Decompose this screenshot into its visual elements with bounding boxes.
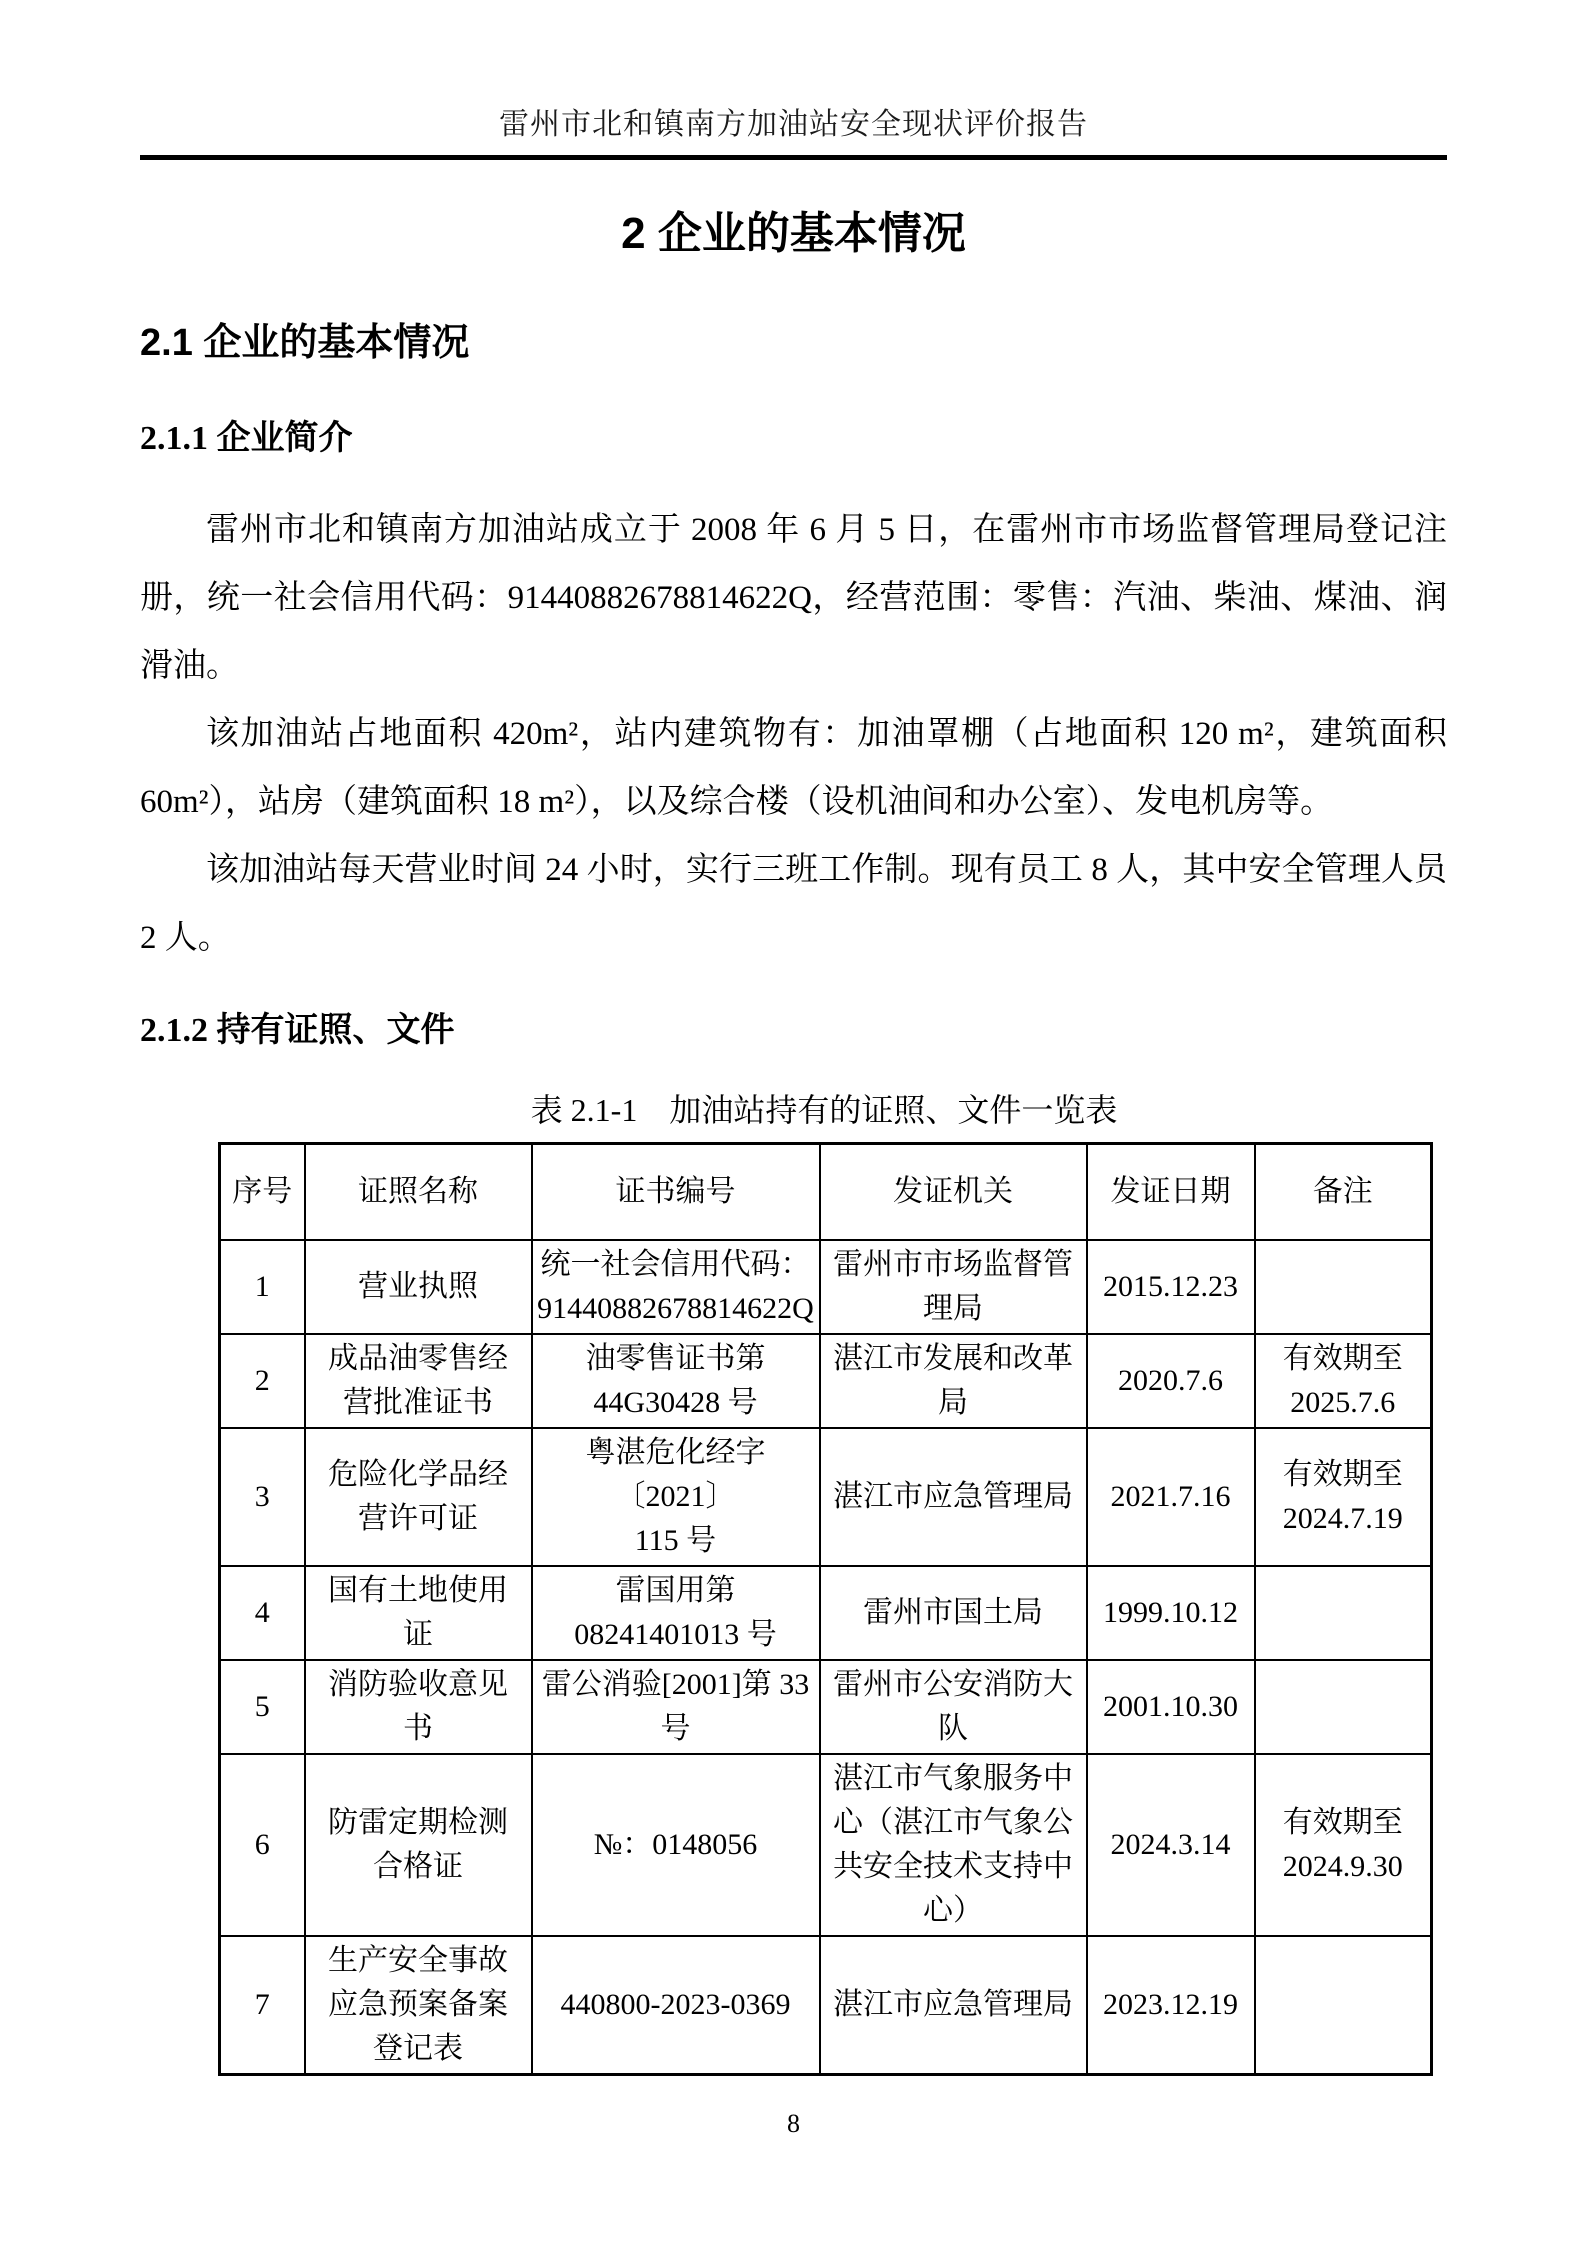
cell-serial: 1 [220,1240,305,1334]
cell-serial: 6 [220,1754,305,1936]
cell-license-name: 消防验收意见 书 [305,1660,532,1754]
cell-cert-number: 油零售证书第 44G30428 号 [532,1334,820,1428]
cell-remark: 有效期至 2024.9.30 [1255,1754,1432,1936]
table-row: 5 消防验收意见 书 雷公消验[2001]第 33 号 雷州市公安消防大 队 2… [220,1660,1432,1754]
cell-license-name: 国有土地使用 证 [305,1566,532,1660]
cell-issuer: 雷州市市场监督管 理局 [820,1240,1087,1334]
cell-license-name: 防雷定期检测 合格证 [305,1754,532,1936]
table-row: 6 防雷定期检测 合格证 №：0148056 湛江市气象服务中 心（湛江市气象公… [220,1754,1432,1936]
cell-cert-number: 雷国用第 08241401013 号 [532,1566,820,1660]
cell-cert-number: 粤湛危化经字〔2021〕 115 号 [532,1428,820,1566]
page-number: 8 [0,2107,1587,2141]
paragraph-site-area: 该加油站占地面积 420m²，站内建筑物有：加油罩棚（占地面积 120 m²，建… [140,700,1447,836]
cell-license-name: 成品油零售经 营批准证书 [305,1334,532,1428]
cell-cert-number: №：0148056 [532,1754,820,1936]
paragraph-company-registration: 雷州市北和镇南方加油站成立于 2008 年 6 月 5 日，在雷州市市场监督管理… [140,496,1447,700]
table-row: 4 国有土地使用 证 雷国用第 08241401013 号 雷州市国土局 199… [220,1566,1432,1660]
cell-issuer: 湛江市气象服务中 心（湛江市气象公 共安全技术支持中 心） [820,1754,1087,1936]
subsection-title-company-intro: 2.1.1 企业简介 [140,416,1447,462]
cell-serial: 2 [220,1334,305,1428]
document-page: 雷州市北和镇南方加油站安全现状评价报告 2 企业的基本情况 2.1 企业的基本情… [0,0,1587,2245]
cell-issuer: 雷州市国土局 [820,1566,1087,1660]
cell-issuer: 湛江市发展和改革局 [820,1334,1087,1428]
header-rule-divider [140,155,1447,160]
table-row: 2 成品油零售经 营批准证书 油零售证书第 44G30428 号 湛江市发展和改… [220,1334,1432,1428]
cell-serial: 5 [220,1660,305,1754]
cell-serial: 4 [220,1566,305,1660]
table-caption: 表 2.1-1 加油站持有的证照、文件一览表 [218,1088,1430,1132]
cell-remark [1255,1566,1432,1660]
table-row: 1 营业执照 统一社会信用代码： 91440882678814622Q 雷州市市… [220,1240,1432,1334]
paragraph-staffing: 该加油站每天营业时间 24 小时，实行三班工作制。现有员工 8 人，其中安全管理… [140,836,1447,972]
cell-license-name: 营业执照 [305,1240,532,1334]
table-header-row: 序号 证照名称 证书编号 发证机关 发证日期 备注 [220,1144,1432,1240]
cell-issuer: 雷州市公安消防大 队 [820,1660,1087,1754]
cell-remark [1255,1660,1432,1754]
cell-issue-date: 2024.3.14 [1087,1754,1255,1936]
cell-issue-date: 2020.7.6 [1087,1334,1255,1428]
cell-issue-date: 2023.12.19 [1087,1936,1255,2075]
cell-issuer: 湛江市应急管理局 [820,1936,1087,2075]
header-cell-issue-date: 发证日期 [1087,1144,1255,1240]
chapter-title: 2 企业的基本情况 [140,206,1447,262]
subsection-title-licenses: 2.1.2 持有证照、文件 [140,1008,1447,1054]
cell-cert-number: 统一社会信用代码： 91440882678814622Q [532,1240,820,1334]
section-title: 2.1 企业的基本情况 [140,318,1447,368]
cell-issuer: 湛江市应急管理局 [820,1428,1087,1566]
cell-serial: 3 [220,1428,305,1566]
cell-cert-number: 440800-2023-0369 [532,1936,820,2075]
table-row: 7 生产安全事故 应急预案备案 登记表 440800-2023-0369 湛江市… [220,1936,1432,2075]
table-row: 3 危险化学品经 营许可证 粤湛危化经字〔2021〕 115 号 湛江市应急管理… [220,1428,1432,1566]
cell-serial: 7 [220,1936,305,2075]
cell-issue-date: 2021.7.16 [1087,1428,1255,1566]
header-cell-serial: 序号 [220,1144,305,1240]
header-cell-license-name: 证照名称 [305,1144,532,1240]
cell-issue-date: 1999.10.12 [1087,1566,1255,1660]
licenses-table: 序号 证照名称 证书编号 发证机关 发证日期 备注 1 营业执照 统一社会信用代… [218,1142,1433,2076]
page-header-title: 雷州市北和镇南方加油站安全现状评价报告 [140,104,1447,146]
cell-cert-number: 雷公消验[2001]第 33 号 [532,1660,820,1754]
header-cell-remark: 备注 [1255,1144,1432,1240]
header-cell-cert-number: 证书编号 [532,1144,820,1240]
header-cell-issuer: 发证机关 [820,1144,1087,1240]
cell-issue-date: 2001.10.30 [1087,1660,1255,1754]
cell-issue-date: 2015.12.23 [1087,1240,1255,1334]
cell-remark: 有效期至 2025.7.6 [1255,1334,1432,1428]
cell-remark: 有效期至 2024.7.19 [1255,1428,1432,1566]
cell-license-name: 危险化学品经 营许可证 [305,1428,532,1566]
cell-license-name: 生产安全事故 应急预案备案 登记表 [305,1936,532,2075]
cell-remark [1255,1936,1432,2075]
cell-remark [1255,1240,1432,1334]
